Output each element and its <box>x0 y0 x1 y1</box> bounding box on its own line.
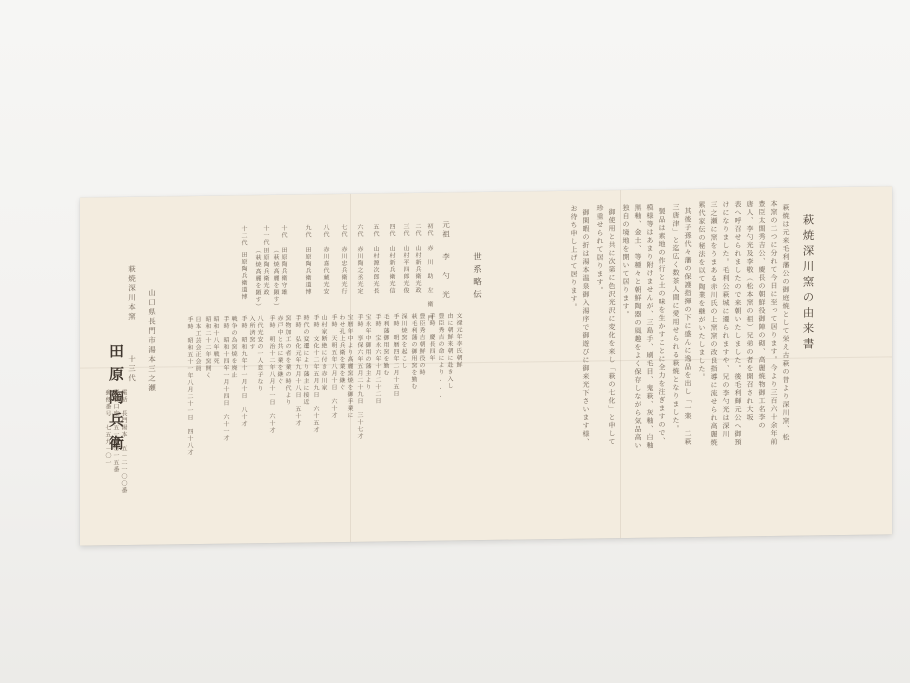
intro-line: 其後子孫代々藩の保護指揮の下に盛んに逸品を出し「一楽 二萩 <box>684 207 691 446</box>
generation-entry: 三代 山村平四郎光俊 毛利藩御用窯を勤む 手時 宝永六年十月二十二日 <box>80 186 892 197</box>
signature-block: 山口県長門市湯本三之瀬 萩焼深川本窯 十三代 田原陶兵衛 電話 長門湯本 五－二… <box>80 186 892 197</box>
generation-note: 昭和十八年戦死 <box>212 316 218 365</box>
generation-name: 田原陶兵衛光政 <box>262 247 268 296</box>
document-sheet: 萩焼深川窯の由来書 萩焼は元来毛利藩公の御庭焼として栄え古萩の昔より深川窯、松 … <box>80 186 892 545</box>
generation-entry: 八代 赤川喜代蔵光安 窯物加工の者を業の時代より 赤戸中と共に業を継ぐ 手時 明… <box>80 186 892 197</box>
generation-note: 赤戸中と共に業を継ぐ <box>276 315 282 385</box>
intro-line: 萩焼は元来毛利藩公の御庭焼として栄え古萩の昔より深川窯、松 <box>782 204 789 442</box>
generation-note: 宝永年中御用の藩主より <box>364 314 370 391</box>
contact-line: 振替口座 五一三〇一五番 <box>112 389 118 473</box>
generation-label: 十二代 <box>240 225 246 246</box>
generation-name: 赤 川 助 左 衛 門 <box>426 245 432 322</box>
generation-label: 二代 <box>414 223 420 237</box>
generation-note: 深川焼窯を起こし <box>400 313 406 369</box>
generation-note: 文禄元年李氏朝鮮 <box>455 312 461 368</box>
contact-line: 郵便番号 七五九－〇一 <box>104 389 110 466</box>
intro-line: 黒釉、金土、等種々と朝鮮陶器の風趣をよく保存しながら気品高い <box>634 204 641 450</box>
intro-line: 唐人、李勺光及李敬（松本窯の祖）兄弟の者を開召され大坂 <box>746 200 753 422</box>
generation-label: 元祖 <box>442 221 450 240</box>
generation-name: 赤川喜代蔵光安 <box>322 246 328 295</box>
intro-line: 御閑暇の折は湯本温泉御入湯序で御遊びに御来光下さいます様、 <box>582 209 589 447</box>
generation-note: 手時 文化十二年五月九日 六十五才 <box>312 314 318 433</box>
generation-entry: 十代 田原陶兵衛守雄 （萩焼高麗を顕す） 戦争の為窯焼を廃止 手時 昭和十四年一… <box>80 186 892 197</box>
intro-line: 豊臣太閤秀吉公、慶長の朝鮮役御陣の砌、高麗焼物御工名李の <box>758 200 765 430</box>
intro-line: 珍重せられて居ります。 <box>596 204 603 294</box>
generation-label: 六代 <box>356 224 362 238</box>
generation-name: 赤川陶之丞光定 <box>356 246 362 295</box>
document-title: 萩焼深川窯の由来書 <box>802 213 814 353</box>
generation-note: 八代光安の一人息子なり <box>256 315 262 392</box>
generation-label: 十一代 <box>262 225 268 246</box>
intro-line: 御使用と共に次第に色沢光沢に変化を来し「萩の七化」と申して <box>608 208 615 446</box>
intro-line: 独自の境地を開いて居ります。 <box>622 204 629 319</box>
generation-entry: 初代 赤 川 助 左 衛 門 豊臣秀吉朝鮮役の時 萩毛利藩の御用窯を勤む <box>80 186 892 197</box>
generation-entry: 四代 山村新兵衛光信 宝永年中御用の藩主より 手時 享保六年五月二十九日 三十七… <box>80 186 892 197</box>
address: 山口県長門市湯本三之瀬 <box>148 289 156 394</box>
generation-entry: 九代 田原陶兵衛道博 八代光安の一人息子なり 入所済窯す 手時 昭和九年十一月十… <box>80 186 892 197</box>
intro-line: お待ち申し上げて居ります。 <box>570 205 577 312</box>
generation-note: 手時 明治十二年八月十一日 六十才 <box>268 315 274 434</box>
generation-note: 手時 宝永六年十月二十二日 <box>374 313 380 404</box>
generation-entry: 十二代 田原陶兵衛道博 日本工芸会正会員 手時 昭和五十一年八月二十一日 四十八… <box>80 186 892 197</box>
generation-name: 田原陶兵衛守雄 <box>280 247 286 296</box>
generation-note: 宝暦年中より高麗窯焼を御手業に <box>346 314 352 419</box>
generation-note: 山村家断絶に付き赤川家 <box>320 314 326 391</box>
generation-name: 田原陶兵衛道博 <box>304 246 310 295</box>
generation-note: 戦争の為窯焼を廃止 <box>230 315 236 378</box>
generation-note: 豊臣秀吉の命により... <box>437 313 443 400</box>
generation-note: 萩毛利藩の御用窯を勤む <box>410 313 416 390</box>
generation-note: わせ孔上兵衛を業を継ぐ <box>338 314 344 391</box>
generation-name: 山村源次郎光長 <box>372 246 378 295</box>
generation-note: 毛利藩御用窯を勤む <box>382 313 388 376</box>
generation-label: 五代 <box>372 224 378 238</box>
generation-note: 手時 昭和十四年一月十四日 六十一才 <box>222 316 228 442</box>
generation-entry: 十一代 田原陶兵衛光政 （萩焼高麗を顕す） 昭和十八年戦死 昭和二十二年窯開く <box>80 186 892 197</box>
contact-line: 電話 長門湯本 五－二一〇〇番 <box>120 389 126 494</box>
generation-name: 山村新兵衛光政 <box>414 245 420 294</box>
generation-note: 時代の変遷により藩主に接近 <box>302 314 308 405</box>
generation-entry: 七代 赤川忠兵衛光行 時代の変遷により藩主に接近 手時 弘化元年九月十八日 五十… <box>80 186 892 197</box>
generation-subnote: （萩焼高麗を顕す） <box>254 247 260 310</box>
generation-label: 九代 <box>304 224 310 238</box>
intro-line: 三之瀬に窯をうまある赤川氏の上窯窯の改良指導に流せられ高麗焼 <box>710 201 717 447</box>
intro-line: 三唐津」と迄広く数茶人間に愛用せられる萩焼となりました。 <box>672 203 679 433</box>
generation-label: 八代 <box>322 224 328 238</box>
generation-note: 窯物加工の者を業の時代より <box>284 315 290 406</box>
generation-label: 七代 <box>340 224 346 238</box>
intro-line: 模様等はあまり附けませんが、三島手、刷毛目、鬼萩、灰釉、白釉 <box>646 204 653 450</box>
generation-label: 三代 <box>402 223 408 237</box>
intro-line: 表へ呼召せられましたので来朝いたしました。後毛利輝元公へ御預 <box>734 200 741 446</box>
generation-note: 日本工芸会正会員 <box>194 316 200 372</box>
kiln-name: 萩焼深川本窯 <box>128 265 136 322</box>
generation-note: 昭和二十二年窯開く <box>204 316 210 379</box>
generation-subnote: （萩焼高麗を顕す） <box>272 247 278 310</box>
fold-line <box>620 190 621 538</box>
intro-line: 製品は素地の作行と土の味を生かすことに全力を注ぎますので、 <box>658 208 665 446</box>
generation-number: 十三代 <box>128 355 136 384</box>
generation-label: 四代 <box>388 223 394 237</box>
generation-name: 山村平四郎光俊 <box>402 245 408 294</box>
generation-label: 十代 <box>280 225 286 239</box>
generation-note: 手時 明暦四年二月十五日 <box>392 313 398 397</box>
generation-entry: 五代 山村源次郎光長 宝暦年中より高麗窯焼を御手業に わせ孔上兵衛を業を継ぐ 手… <box>80 186 892 197</box>
generation-label: 初代 <box>426 223 432 237</box>
lineage-heading: 世系略伝 <box>472 252 481 302</box>
intro-line: 本窯の二つに分れて今日に至って居ります。今より三百六十余年前 <box>770 200 777 446</box>
generation-name: 山村新兵衛光信 <box>388 245 394 294</box>
generation-note: 由に朝鮮来朝に赴き入し <box>446 312 452 389</box>
generation-note: 手時 昭和五十一年八月二十一日 四十八才 <box>186 316 192 456</box>
lineage-list: 元祖 李 勺 光 文禄元年李氏朝鮮 由に朝鮮来朝に赴き入し 豊臣秀吉の命により.… <box>80 186 892 197</box>
generation-entry: 六代 赤川陶之丞光定 山村家断絶に付き赤川家 手時 文化十二年五月九日 六十五才 <box>80 186 892 197</box>
intro-line: 累代家伝の秘法を以て陶業を継がいたしました。 <box>698 201 705 382</box>
intro-text: 萩焼は元来毛利藩公の御庭焼として栄え古萩の昔より深川窯、松 本窯の二つに分れて今… <box>80 186 892 197</box>
generation-entry: 二代 山村新兵衛光政 深川焼窯を起こし 手時 明暦四年二月十五日 <box>80 186 892 197</box>
generation-note: 手時 享保六年五月二十九日 三十七才 <box>356 314 362 440</box>
generation-name: 赤川忠兵衛光行 <box>340 246 346 295</box>
generation-name: 田原陶兵衛道博 <box>240 251 246 300</box>
generation-note: 豊臣秀吉朝鮮役の時 <box>418 313 424 376</box>
generation-note: 手時 天明五年八月十日 六十才 <box>330 314 336 419</box>
generation-entry: 元祖 李 勺 光 文禄元年李氏朝鮮 由に朝鮮来朝に赴き入し 豊臣秀吉の命により.… <box>80 186 892 197</box>
intro-line: けになりました。毛利公萩城に遷られますや、兄の李勺光は深川 <box>722 201 729 439</box>
generation-note: 手時 弘化元年九月十八日 五十才 <box>294 315 300 427</box>
generation-name: 李 勺 光 <box>442 253 450 301</box>
generation-note: 入所済窯す <box>248 315 254 350</box>
generation-note: 手時 昭和九年十一月十日 八十才 <box>240 315 246 427</box>
